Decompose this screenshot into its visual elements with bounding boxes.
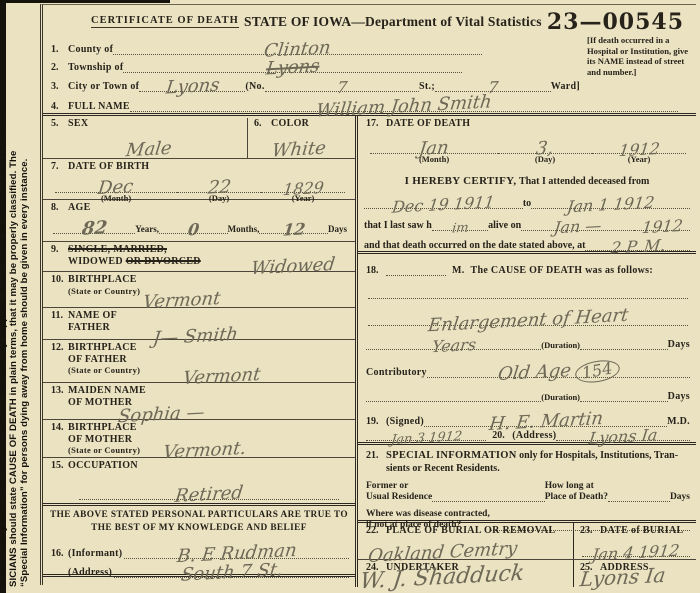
saw-mid: alive on (488, 220, 521, 231)
color-value: White (271, 140, 327, 161)
date-of-death-label: DATE OF DEATH (386, 118, 470, 129)
marital-label-struck2: OR DIVORCED (126, 256, 201, 267)
field-occupation: 15. OCCUPATION Retired (43, 458, 355, 506)
ward-label: Ward] (551, 81, 580, 92)
certificate-number: 23—00545 (547, 9, 684, 35)
death-year-value: 1912 (618, 141, 661, 159)
special-info-rest2: sients or Recent Residents. (386, 463, 500, 474)
father-name-value: J— Smith (152, 326, 239, 349)
county-line: Clinton (113, 38, 482, 55)
howlong-label2: Place of Death? (545, 492, 608, 502)
field-date-of-burial: 23. DATE of BURIAL Jan 4 1912 (574, 523, 696, 559)
field-sex-color: 5. SEX Male 6. COLOR White (43, 116, 355, 159)
field-number: 6. (254, 118, 271, 129)
state-country-caption: (State or Country) (68, 365, 140, 375)
field-number: 8. (51, 202, 68, 213)
years-caption: Years, (135, 224, 159, 234)
death-month-value: Jan (418, 139, 450, 159)
state-country-caption: (State or Country) (68, 445, 140, 455)
field-number: 21. (366, 450, 386, 475)
field-number: 19. (366, 416, 386, 427)
days-caption: Days (668, 339, 690, 350)
special-info-label: SPECIAL INFORMATION (386, 450, 517, 461)
field-number: 10. (51, 274, 68, 297)
personal-particulars-column: 5. SEX Male 6. COLOR White (43, 116, 355, 587)
saw-fill: im (451, 222, 469, 236)
birth-label: DATE OF BIRTH (68, 161, 149, 172)
scan-edge-top (0, 0, 170, 3)
physician-certification: I HEREBY CERTIFY, That I attended deceas… (358, 169, 696, 254)
field-mother-maiden-name: 13. MAIDEN NAME OF MOTHER Sophia — (43, 383, 355, 420)
field-color: 6. COLOR White (247, 118, 349, 158)
days-caption: Days (668, 391, 690, 402)
age-months-value: 0 (187, 222, 200, 239)
field-number: 1. (51, 44, 68, 55)
street-number-value: 7 (336, 80, 348, 97)
certificate-form: CERTIFICATE OF DEATH STATE OF IOWA—Depar… (40, 4, 696, 585)
contracted-label1: Where was disease contracted, (366, 509, 490, 519)
age-years-value: 82 (81, 219, 108, 238)
attestation-line1: THE ABOVE STATED PERSONAL PARTICULARS AR… (50, 510, 348, 520)
burial-date-value: Jan 4 1912 (591, 543, 680, 564)
margin-note-line1: N. B.— Every item of information should … (0, 117, 8, 587)
township-line: Lyons (123, 56, 462, 73)
township-value: Lyons (265, 58, 321, 79)
burial-place-label: PLACE OF BURIAL OR REMOVAL (386, 525, 555, 536)
mother-birthplace-label2: OF MOTHER (68, 434, 132, 445)
field-number: 9. (51, 244, 68, 267)
marital-label-struck1: SINGLE, MARRIED, (68, 244, 167, 255)
field-number: 3. (51, 81, 68, 92)
city-value: Lyons (165, 77, 221, 98)
field-number: 17. (366, 118, 386, 129)
former-residence-label1: Former or (366, 481, 408, 491)
city-line: Lyons (139, 75, 245, 92)
saw-prefix: that I last saw h (364, 220, 432, 231)
location-fields: [If death occurred in a Hospital or Inst… (43, 35, 696, 113)
field-number: 14. (51, 422, 68, 457)
cause-m-label: M. (452, 265, 465, 276)
field-number: 2. (51, 62, 68, 73)
burial-date-label: DATE of BURIAL (600, 525, 683, 536)
informant-label: (Informant) (68, 548, 122, 559)
field-marital-status: 9. SINGLE, MARRIED, WIDOWED OR DIVORCED … (43, 242, 355, 272)
field-date-of-death: 17. DATE OF DEATH Jan (Month) 3, (Day) (358, 116, 696, 169)
field-birthplace: 10. BIRTHPLACE (State or Country) Vermon… (43, 272, 355, 308)
field-informant: 16. (Informant) B. E Rudman (Address) So… (43, 537, 355, 577)
full-name-label: FULL NAME (68, 101, 130, 112)
informant-address-label: (Address) (68, 567, 112, 578)
field-number: 22. (366, 525, 386, 536)
birth-month-value: Dec (97, 178, 134, 198)
marital-value: Widowed (250, 256, 336, 279)
field-number: 7. (51, 161, 68, 172)
form-title: CERTIFICATE OF DEATH (91, 15, 239, 28)
saw-value: Jan — (553, 218, 602, 237)
months-caption: Months, (228, 224, 260, 234)
occupation-label: OCCUPATION (68, 460, 138, 471)
field-number: 13. (51, 385, 68, 408)
age-label: AGE (68, 202, 91, 213)
sex-value: Male (125, 140, 173, 161)
field-sex: 5. SEX Male (51, 118, 247, 158)
birthplace-value: Vermont (142, 290, 221, 312)
birthplace-label: BIRTHPLACE (68, 274, 137, 285)
form-columns: 5. SEX Male 6. COLOR White (43, 113, 696, 587)
medical-certificate-column: 17. DATE OF DEATH Jan (Month) 3, (Day) (355, 116, 696, 587)
attestation-line2: THE BEST OF MY KNOWLEDGE AND BELIEF (91, 523, 307, 533)
howlong-label1: How long at (545, 481, 594, 491)
death-certificate-scan: N. B.— Every item of information should … (0, 0, 700, 593)
occupation-value: Retired (174, 484, 244, 506)
field-number: 12. (51, 342, 68, 377)
field-date-of-birth: 7. DATE OF BIRTH Dec (Month) 22 (Day) (43, 159, 355, 200)
city-label: City or Town of (68, 81, 139, 92)
field-number: 11. (51, 310, 68, 333)
father-birthplace-value: Vermont (182, 366, 261, 388)
margin-note-line3: “Special Information” for persons dying … (19, 159, 30, 587)
former-residence-label2: Usual Residence (366, 492, 432, 502)
duration-caption: (Duration) (541, 392, 580, 402)
to-label: to (523, 198, 531, 209)
occurred-text: and that death occurred on the date stat… (364, 240, 585, 251)
field-cause-of-death: 18. M. The CAUSE OF DEATH was as follows… (358, 254, 696, 405)
field-burial-row: 22. PLACE OF BURIAL OR REMOVAL Oakland C… (358, 523, 696, 560)
attended-to-value: Jan 1 1912 (566, 195, 655, 216)
cause-duration-value: Years (431, 337, 477, 355)
field-number: 5. (51, 118, 68, 129)
days-caption: Days (328, 224, 347, 234)
physician-address-value: Lyons Ia (588, 427, 658, 447)
death-day-value: 3, (535, 139, 554, 158)
age-days-value: 12 (282, 221, 306, 238)
field-mother-birthplace: 14. BIRTHPLACE OF MOTHER (State or Count… (43, 420, 355, 458)
undertaker-address-value: Lyons Ia (579, 565, 667, 590)
birth-year-value: 1829 (282, 180, 325, 198)
mother-birthplace-value: Vermont. (162, 440, 247, 462)
saw-year-value: 1912 (641, 218, 684, 236)
signed-label: (Signed) (386, 416, 424, 427)
md-label: M.D. (667, 416, 690, 427)
contributory-value: Old Age (497, 362, 572, 384)
certify-lead: I HEREBY CERTIFY, (405, 175, 517, 187)
sex-label: SEX (68, 118, 88, 129)
field-age: 8. AGE 82 Years, 0 Months, 12 Days (43, 200, 355, 242)
mother-maiden-name-value: Sophia — (117, 404, 206, 427)
county-label: County of (68, 44, 113, 55)
attestation-statement: THE ABOVE STATED PERSONAL PARTICULARS AR… (43, 506, 355, 537)
signed-date-value: Jan 3 1912 (390, 430, 462, 447)
special-info-rest: only for Hospitals, Institutions, Tran- (519, 450, 678, 461)
father-birthplace-label1: BIRTHPLACE (68, 342, 137, 353)
mother-label1: MAIDEN NAME (68, 385, 146, 396)
father-label2: FATHER (68, 322, 110, 333)
ward-line: 7 (435, 75, 551, 92)
street-number-open: (No. (245, 81, 264, 92)
cause-label: The CAUSE OF DEATH was as follows: (471, 265, 653, 276)
howlong-days-caption: Days (670, 492, 690, 502)
marital-label-kept: WIDOWED (68, 256, 123, 267)
father-birthplace-label2: OF FATHER (68, 354, 127, 365)
father-label1: NAME OF (68, 310, 117, 321)
state-country-caption: (State or Country) (68, 286, 140, 296)
margin-note-line2: SICIANS should state CAUSE OF DEATH in p… (8, 151, 19, 587)
contributory-label: Contributory (366, 367, 427, 378)
certify-rest: That I attended deceased from (519, 176, 649, 187)
field-full-name: 4. FULL NAME William John Smith (51, 92, 692, 112)
undertaker-value: W. J. Shadduck (359, 563, 526, 593)
field-special-information: 21. SPECIAL INFORMATION only for Hospita… (358, 445, 696, 523)
birth-day-value: 22 (207, 178, 232, 197)
field-number: 23. (580, 525, 600, 536)
form-header: CERTIFICATE OF DEATH STATE OF IOWA—Depar… (43, 5, 696, 35)
occurred-time-value: 2 P. M. (610, 238, 666, 257)
township-label: Township of (68, 62, 123, 73)
field-father-name: 11. NAME OF FATHER J— Smith (43, 308, 355, 340)
street-label: St.; (419, 81, 435, 92)
field-number: 15. (51, 460, 68, 471)
full-name-line: William John Smith (130, 94, 678, 112)
hospital-note: [If death occurred in a Hospital or Inst… (587, 35, 693, 78)
field-number: 4. (51, 101, 68, 112)
duration-caption: (Duration) (541, 340, 580, 350)
color-label: COLOR (271, 118, 309, 129)
field-number: 18. (366, 265, 386, 276)
field-number: 16. (51, 548, 68, 559)
field-signed: 19. (Signed) H. E. Martin M.D. (358, 405, 696, 427)
state-title: STATE OF IOWA—Department of Vital Statis… (239, 14, 547, 30)
field-place-of-burial: 22. PLACE OF BURIAL OR REMOVAL Oakland C… (358, 523, 574, 559)
